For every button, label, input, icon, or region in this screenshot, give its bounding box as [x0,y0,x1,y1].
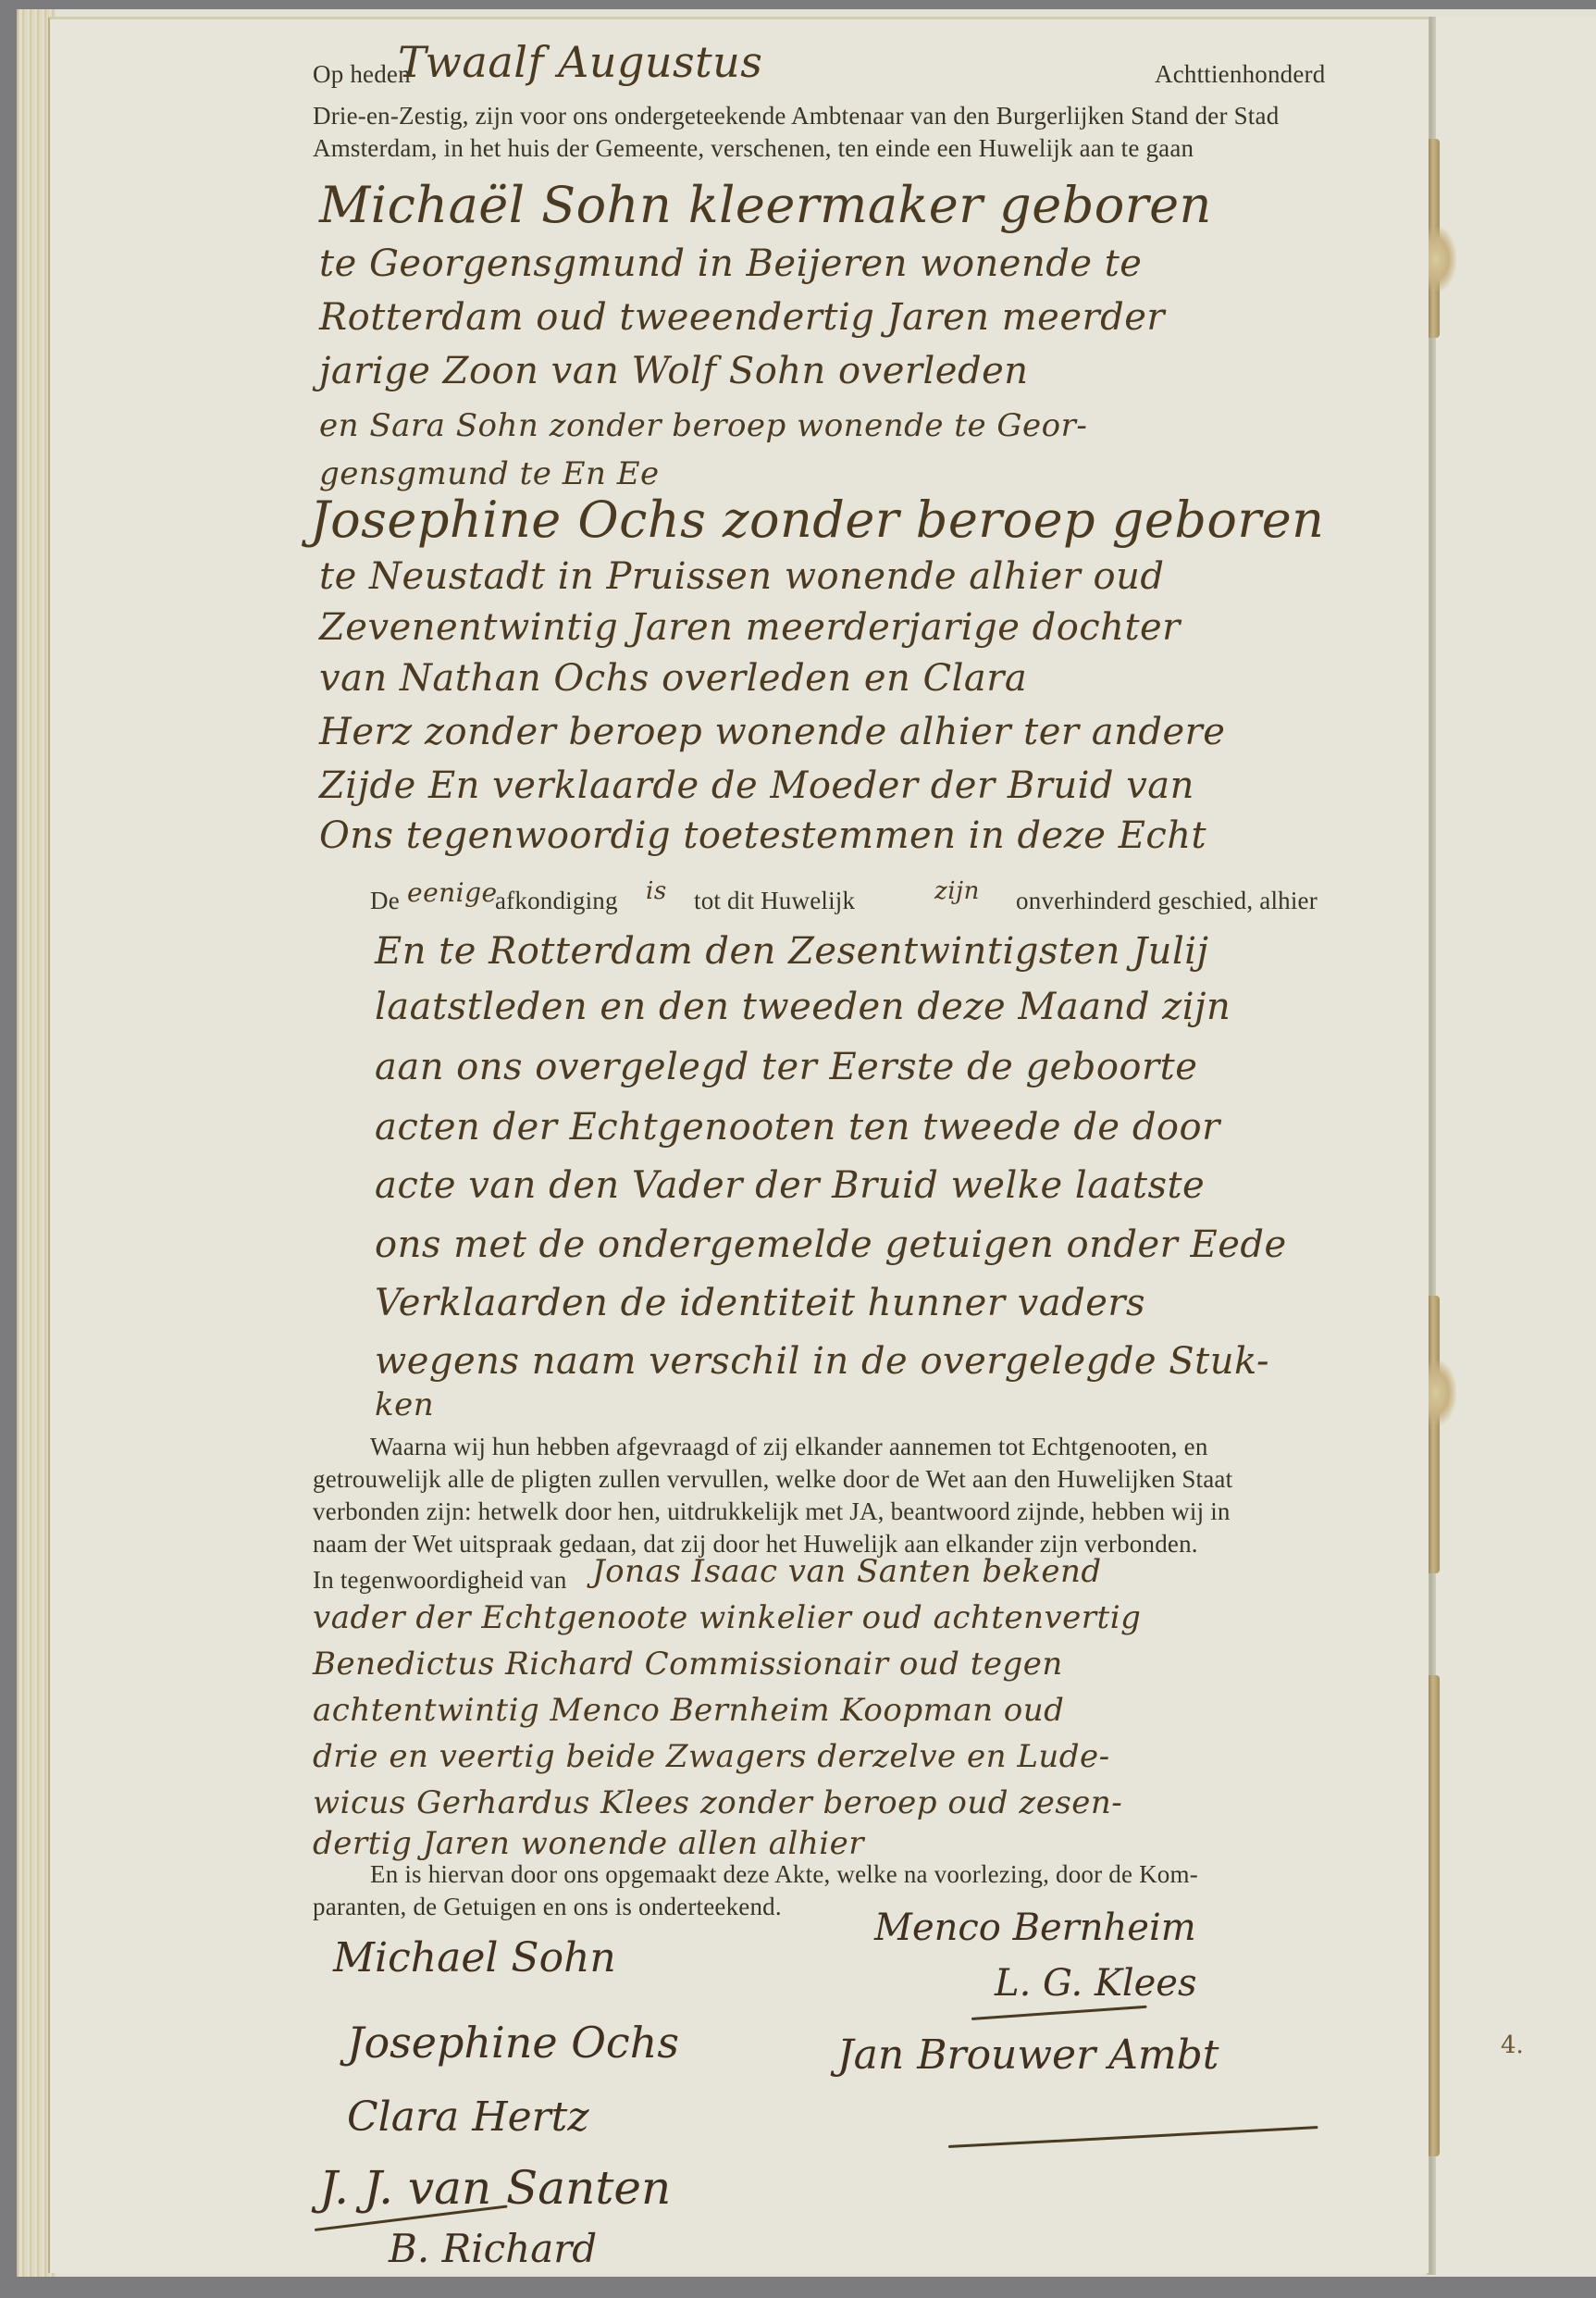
signature-josephine-ochs: Josephine Ochs [347,2018,679,2068]
afkondiging-line-8: wegens naam verschil in de overgelegde S… [375,1340,1269,1383]
handwritten-date: Twaalf Augustus [398,37,762,87]
bride-line-1: Josephine Ochs zonder beroep geboren [310,491,1324,549]
witness-line-1: Jonas Isaac van Santen bekend [592,1553,1102,1590]
printed-de: De [370,887,400,915]
printed-year-prefix: Achttienhonderd [1155,60,1325,89]
signature-michael-sohn: Michael Sohn [333,1934,616,1981]
printed-afkondiging: afkondiging [495,887,618,915]
afkondiging-line-7: Verklaarden de identiteit hunner vaders [375,1282,1145,1324]
printed-op-heden: Op heden [313,60,411,89]
groom-line-2: te Georgensgmund in Beijeren wonende te [319,242,1142,285]
binding-thread [1427,1296,1440,1573]
signature-richard: B. Richard [389,2226,597,2271]
afkondiging-line-6: ons met de ondergemelde getuigen onder E… [375,1224,1287,1266]
bride-line-3: Zevenentwintig Jaren meerderjarige docht… [319,606,1181,649]
handwritten-afkondiging-fill-2: is [646,877,667,905]
handwritten-afkondiging-fill-3: zijn [934,877,980,905]
printed-tegenwoordigheid: In tegenwoordigheid van [313,1566,567,1595]
bride-line-4: van Nathan Ochs overleden en Clara [319,657,1027,700]
afkondiging-line-4: acten der Echtgenooten ten tweede de doo… [375,1106,1220,1149]
groom-line-6: gensgmund te En Ee [319,455,660,492]
signature-clara-hertz: Clara Hertz [347,2093,589,2141]
groom-line-1: Michaël Sohn kleermaker geboren [319,176,1212,234]
margin-mark: 4. [1501,2031,1524,2059]
printed-waarna-2: getrouwelijk alle de pligten zullen verv… [313,1465,1232,1494]
printed-line-3: Amsterdam, in het huis der Gemeente, ver… [313,134,1194,163]
signature-ambtenaar: Jan Brouwer Ambt [837,2031,1219,2079]
afkondiging-line-3: aan ons overgelegd ter Eerste de geboort… [375,1046,1197,1088]
printed-line-2: Drie-en-Zestig, zijn voor ons ondergetee… [313,102,1279,130]
printed-waarna-1: Waarna wij hun hebben afgevraagd of zij … [370,1433,1208,1461]
afkondiging-line-2: laatstleden en den tweeden deze Maand zi… [375,986,1231,1028]
witness-line-3: Benedictus Richard Commissionair oud teg… [313,1646,1063,1683]
groom-line-4: jarige Zoon van Wolf Sohn overleden [319,350,1029,392]
afkondiging-line-1: En te Rotterdam den Zesentwintigsten Jul… [375,930,1208,973]
signature-menco-bernheim: Menco Bernheim [874,1907,1196,1949]
bride-line-5: Herz zonder beroep wonende alhier ter an… [319,711,1225,753]
binding-thread [1427,1675,1440,2156]
printed-tot-dit-huwelijk: tot dit Huwelijk [694,887,855,915]
witness-line-6: wicus Gerhardus Klees zonder beroep oud … [313,1784,1122,1821]
witness-line-2: vader der Echtgenoote winkelier oud acht… [313,1599,1141,1636]
witness-line-7: dertig Jaren wonende allen alhier [313,1825,864,1862]
groom-line-3: Rotterdam oud tweeendertig Jaren meerder [319,296,1165,339]
printed-slot-1: En is hiervan door ons opgemaakt deze Ak… [370,1860,1198,1889]
printed-onverhinderd: onverhinderd geschied, alhier [1016,887,1318,915]
handwritten-afkondiging-fill-1: eenige [407,877,498,908]
afkondiging-line-5: acte van den Vader der Bruid welke laats… [375,1164,1205,1207]
signature-klees: L. G. Klees [995,1962,1197,2005]
witness-line-5: drie en veertig beide Zwagers derzelve e… [313,1738,1110,1775]
groom-line-5: en Sara Sohn zonder beroep wonende te Ge… [319,407,1087,444]
witness-line-4: achtentwintig Menco Bernheim Koopman oud [313,1692,1064,1729]
printed-waarna-3: verbonden zijn: hetwelk door hen, uitdru… [313,1497,1231,1526]
afkondiging-line-9: ken [375,1386,434,1423]
bride-line-7: Ons tegenwoordig toetestemmen in deze Ec… [319,814,1206,857]
bride-line-6: Zijde En verklaarde de Moeder der Bruid … [319,764,1194,807]
bride-line-2: te Neustadt in Pruissen wonende alhier o… [319,555,1164,598]
printed-slot-2: paranten, de Getuigen en ons is ondertee… [313,1893,782,1921]
adjacent-page [1436,17,1596,2275]
